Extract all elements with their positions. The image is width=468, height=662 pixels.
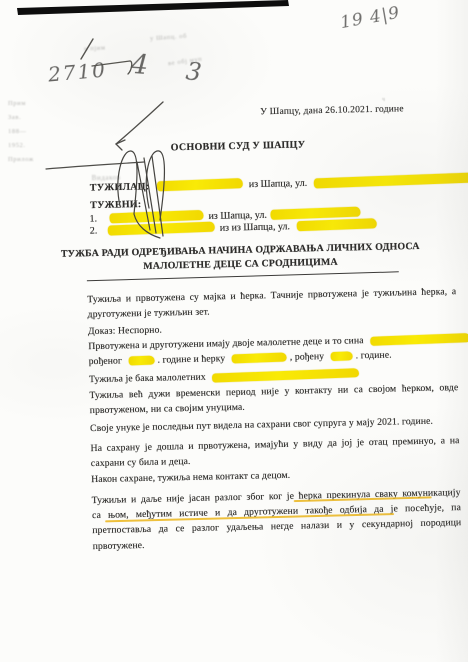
text-line: ТУЖИЛАЦ: из Шапца, ул. bbox=[90, 174, 468, 195]
text-run: , рођену bbox=[290, 351, 327, 363]
text-run: ТУЖЕНИ: bbox=[90, 199, 141, 211]
redaction-highlight bbox=[232, 352, 287, 363]
redaction-highlight bbox=[370, 333, 468, 345]
case-title: ТУЖБА РАДИ ОДРЕЂИВАЊА НАЧИНА ОДРЖАВАЊА Л… bbox=[28, 239, 452, 275]
text-run: из из Шапца, ул. bbox=[217, 221, 292, 234]
text-run: ТУЖИЛАЦ: bbox=[90, 181, 150, 193]
redaction-highlight bbox=[109, 209, 203, 223]
redaction-highlight bbox=[157, 178, 243, 191]
plaintiff-row: ТУЖИЛАЦ: из Шапца, ул. bbox=[90, 174, 468, 195]
scanned-court-document: 2710 4 3 19 4|9 Прим Зав. 188— 1952. При… bbox=[0, 0, 468, 662]
redaction-highlight bbox=[314, 172, 468, 188]
text-run: првотужене. bbox=[93, 540, 145, 552]
document-content: У Шапцу, дана 26.10.2021. године ОСНОВНИ… bbox=[0, 0, 468, 662]
defendants-label: ТУЖЕНИ: bbox=[90, 199, 141, 213]
text-run: рођеног bbox=[89, 356, 125, 368]
text-run: . године. bbox=[356, 350, 392, 362]
redaction-highlight bbox=[330, 351, 352, 360]
redaction-highlight bbox=[128, 355, 154, 364]
redaction-highlight bbox=[212, 368, 359, 382]
text-run: Доказ: Неспорно. bbox=[88, 325, 162, 338]
court-heading: ОСНОВНИ СУД У ШАПЦУ bbox=[26, 136, 450, 156]
redaction-highlight bbox=[271, 206, 361, 219]
text-run: друготужени је тужиљин зет. bbox=[88, 307, 210, 321]
text-run: из Шапца, ул. bbox=[246, 178, 310, 190]
redaction-highlight bbox=[296, 218, 376, 231]
text-run: Тужиља је бака малолетних bbox=[89, 372, 209, 386]
text-run: . године и ћерку bbox=[157, 353, 228, 366]
text-line: ТУЖЕНИ: bbox=[90, 199, 141, 213]
redaction-highlight bbox=[107, 222, 214, 236]
text-run: из Шапца, ул. bbox=[206, 209, 267, 221]
date-line: У Шапцу, дана 26.10.2021. године bbox=[260, 104, 404, 117]
text-run: 1. bbox=[89, 213, 97, 224]
text-run: сахрани су била и деца. bbox=[91, 456, 191, 469]
text-run: 2. bbox=[90, 225, 98, 236]
text-run: првотуженом, ни са својим унуцима. bbox=[90, 402, 245, 416]
